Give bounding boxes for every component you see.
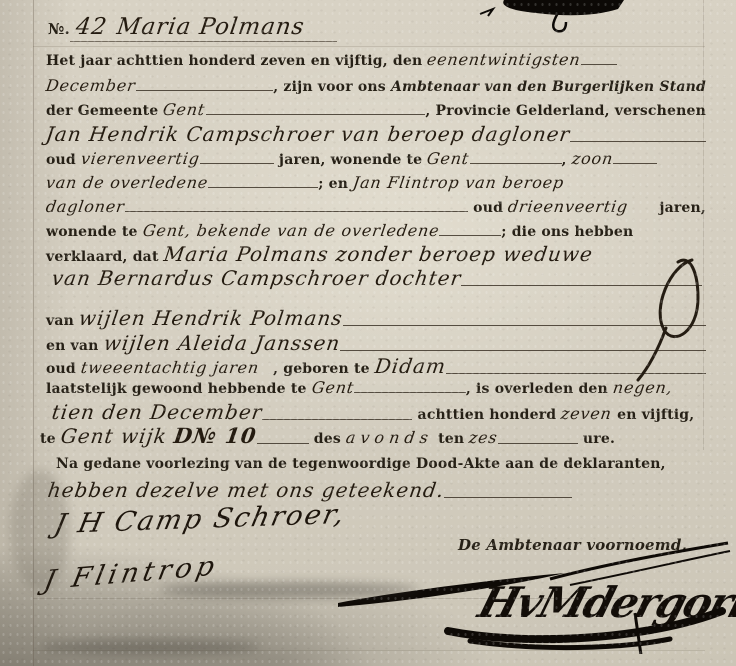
printed-text: des	[309, 431, 346, 447]
record-header: №. 42 Maria Polmans	[48, 14, 378, 42]
printed-text: laatstelijk gewoond hebbende te	[46, 381, 312, 397]
handwritten-age: vierenveertig	[80, 149, 202, 168]
line-parent-mother: en van wijlen Aleida Janssen	[46, 331, 706, 355]
line-month-official: December , zijn voor ons Ambtenaar van d…	[46, 76, 706, 95]
printed-text: ; en	[318, 176, 353, 192]
line-last-residence: laatstelijk gewoond hebbende te Gent , i…	[46, 378, 706, 397]
handwritten-place: Gent wijk	[59, 424, 176, 448]
line-declarant2-residence: wonende te Gent, bekende van de overlede…	[46, 221, 706, 240]
handwritten-declarant1: Jan Hendrik Campschroer van beroep daglo…	[44, 122, 572, 146]
blank-line	[257, 443, 309, 444]
printed-text: Het jaar achttien honderd zeven en vijft…	[46, 53, 427, 69]
handwritten-mother-name: wijlen Aleida Janssen	[102, 331, 342, 355]
line-age-birthplace: oud tweeentachtig jaren , geboren te Did…	[46, 354, 706, 378]
handwritten-text: van Bernardus Campschroer dochter	[50, 266, 463, 290]
printed-text: en van	[46, 338, 104, 354]
blank-line	[200, 163, 274, 164]
handwritten-age: tweeentachtig jaren	[80, 358, 261, 377]
handwritten-text: hebben dezelve met ons geteekend.	[46, 478, 446, 502]
handwritten-occupation: dagloner	[45, 197, 126, 216]
printed-text: , zijn voor ons	[273, 79, 391, 95]
handwritten-day: eenentwintigsten	[426, 50, 582, 69]
line-relation-declarant2: van de overledene ; en Jan Flintrop van …	[46, 173, 706, 192]
ink-blob-shape	[503, 0, 624, 15]
printed-text: ure.	[578, 431, 615, 447]
handwritten-residence: Gent	[310, 378, 355, 397]
line-father: van Bernardus Campschroer dochter	[52, 266, 702, 290]
line-death-date: tien den December achttien honderd zeven…	[52, 400, 706, 424]
line-year-date: Het jaar achttien honderd zeven en vijft…	[46, 50, 706, 69]
printed-text: ; die ons hebben	[501, 224, 633, 240]
printed-text: van	[46, 313, 79, 329]
printed-text: jaren,	[654, 200, 706, 216]
printed-text: oud	[46, 152, 81, 168]
deceased-name: Maria Polmans	[115, 14, 306, 40]
printed-text: jaren, wonende te	[274, 152, 428, 168]
handwritten-text: van de overledene	[45, 173, 210, 192]
blank-line	[470, 163, 562, 164]
printed-text: te	[40, 431, 61, 447]
ink-check-mark	[480, 9, 493, 16]
handwritten-age: drieenveertig	[507, 197, 630, 216]
blank-line	[206, 114, 426, 115]
blank-line	[136, 90, 274, 91]
line-reading-clause: Na gedane voorlezing van de tegenwoordig…	[56, 456, 706, 472]
line-declarant1-age: oud vierenveertig jaren, wonende te Gent…	[46, 149, 706, 168]
signature-declarant2: J Flintrop	[41, 551, 221, 597]
handwritten-declarant2: Jan Flintrop van beroep	[352, 173, 566, 192]
line-gemeente: der Gemeente Gent , Provincie Gelderland…	[46, 100, 706, 119]
smudge-bottom-left	[40, 640, 260, 654]
printed-text: oud	[46, 361, 81, 377]
printed-text: , geboren te	[273, 361, 375, 377]
printed-text: oud	[468, 200, 508, 216]
record-number: 42	[74, 14, 109, 40]
printed-text: Na gedane voorlezing van de tegenwoordig…	[56, 456, 666, 472]
printed-text: , Provincie Gelderland, verschenen	[425, 103, 706, 119]
blank-line	[125, 211, 469, 212]
line-death-place-time: te Gent wijk D№ 10 des avonds ten zes ur…	[40, 423, 706, 448]
handwritten-year-part: zeven	[560, 404, 613, 423]
blank-line	[354, 392, 466, 393]
printed-text: verklaard, dat	[46, 249, 164, 265]
line-signed-clause: hebben dezelve met ons geteekend.	[48, 478, 688, 502]
death-certificate-scan: №. 42 Maria Polmans Het jaar achttien ho…	[0, 0, 736, 666]
blank-line	[498, 443, 578, 444]
blank-line	[613, 163, 657, 164]
printed-text: ten	[433, 431, 469, 447]
printed-italic-text: Ambtenaar van den Burgerlijken Stand	[391, 79, 706, 95]
frame-line-top	[33, 46, 705, 47]
handwritten-birthplace: Didam	[373, 354, 447, 378]
signature-declarant1: J H Camp Schroer,	[52, 499, 349, 540]
printed-text: , is overleden den	[466, 381, 613, 397]
blank-line	[444, 497, 572, 498]
handwritten-death-month: tien den December	[50, 400, 264, 424]
handwritten-text: Gent, bekende van de overledene	[141, 221, 440, 240]
top-ink-blob	[478, 0, 736, 44]
handwritten-deceased: Maria Polmans zonder beroep weduwe	[162, 242, 594, 266]
flourish-loop	[638, 260, 698, 380]
blank-line	[439, 235, 501, 236]
blank-line	[262, 419, 412, 420]
margin-flourish	[632, 246, 736, 386]
line-declaration: verklaard, dat Maria Polmans zonder bero…	[46, 242, 706, 266]
ink-blob-hook	[553, 13, 566, 31]
printed-text: wonende te	[46, 224, 143, 240]
printed-text: achttien honderd	[412, 407, 561, 423]
handwritten-municipality: Gent	[162, 100, 207, 119]
signature-flourish-line1	[550, 543, 728, 579]
printed-text: der Gemeente	[46, 103, 163, 119]
blank-line	[208, 187, 318, 188]
handwritten-relation: zoon	[570, 149, 614, 168]
record-no-label: №.	[48, 20, 70, 38]
blank-line	[570, 141, 706, 142]
line-declarant2-age: dagloner oud drieenveertig jaren,	[46, 197, 706, 216]
handwritten-father-name: wijlen Hendrik Polmans	[77, 306, 344, 330]
handwritten-house-number: D№ 10	[172, 423, 258, 448]
signature-official: HvMdergorl	[330, 530, 736, 654]
line-parent-father: van wijlen Hendrik Polmans	[46, 306, 706, 330]
handwritten-hour: zes	[468, 428, 499, 447]
frame-line-left	[33, 0, 34, 666]
handwritten-time-of-day: avonds	[345, 428, 435, 447]
printed-text: en vijftig,	[612, 407, 694, 423]
handwritten-month: December	[45, 76, 137, 95]
handwritten-residence: Gent	[426, 149, 471, 168]
line-declarant1-name: Jan Hendrik Campschroer van beroep daglo…	[46, 122, 706, 146]
record-header-rule: 42 Maria Polmans	[70, 14, 337, 42]
blank-line	[581, 64, 617, 65]
